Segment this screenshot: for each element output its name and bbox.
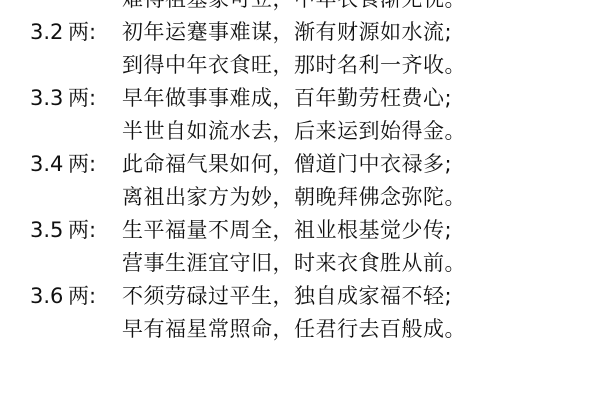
verse-text: 不须劳碌过平生，独自成家福不轻; bbox=[122, 280, 452, 313]
weight-number: 3.3 bbox=[30, 82, 63, 115]
verse-text: 难得祖基家可立，中年衣食渐无忧。 bbox=[122, 0, 466, 16]
verse-line: 难得祖基家可立，中年衣食渐无忧。 bbox=[0, 0, 600, 16]
weight-unit: 两: bbox=[68, 82, 96, 115]
verse-text: 早年做事事难成，百年勤劳枉费心; bbox=[122, 82, 452, 115]
weight-number: 3.2 bbox=[30, 16, 63, 49]
verse-line: 3.6 两: 不须劳碌过平生，独自成家福不轻; bbox=[0, 280, 600, 313]
verse-text: 初年运蹇事难谋，渐有财源如水流; bbox=[122, 16, 452, 49]
verse-line: 3.5 两: 生平福量不周全，祖业根基觉少传; bbox=[0, 214, 600, 247]
verse-line: 营事生涯宜守旧，时来衣食胜从前。 bbox=[0, 247, 600, 280]
weight-unit: 两: bbox=[68, 16, 96, 49]
verse-text: 早有福星常照命，任君行去百般成。 bbox=[122, 313, 466, 346]
weight-number: 3.6 bbox=[30, 280, 63, 313]
verse-line: 3.4 两: 此命福气果如何，僧道门中衣禄多; bbox=[0, 148, 600, 181]
document-body: 难得祖基家可立，中年衣食渐无忧。 3.2 两: 初年运蹇事难谋，渐有财源如水流;… bbox=[0, 0, 600, 346]
verse-text: 此命福气果如何，僧道门中衣禄多; bbox=[122, 148, 452, 181]
verse-text: 生平福量不周全，祖业根基觉少传; bbox=[122, 214, 452, 247]
verse-line: 到得中年衣食旺，那时名利一齐收。 bbox=[0, 49, 600, 82]
verse-line: 离祖出家方为妙，朝晚拜佛念弥陀。 bbox=[0, 181, 600, 214]
weight-unit: 两: bbox=[68, 214, 96, 247]
verse-line: 3.3 两: 早年做事事难成，百年勤劳枉费心; bbox=[0, 82, 600, 115]
verse-text: 营事生涯宜守旧，时来衣食胜从前。 bbox=[122, 247, 466, 280]
verse-line: 早有福星常照命，任君行去百般成。 bbox=[0, 313, 600, 346]
verse-text: 到得中年衣食旺，那时名利一齐收。 bbox=[122, 49, 466, 82]
weight-unit: 两: bbox=[68, 148, 96, 181]
verse-text: 离祖出家方为妙，朝晚拜佛念弥陀。 bbox=[122, 181, 466, 214]
verse-text: 半世自如流水去，后来运到始得金。 bbox=[122, 115, 466, 148]
weight-number: 3.4 bbox=[30, 148, 63, 181]
verse-line: 半世自如流水去，后来运到始得金。 bbox=[0, 115, 600, 148]
weight-unit: 两: bbox=[68, 280, 96, 313]
weight-number: 3.5 bbox=[30, 214, 63, 247]
verse-line: 3.2 两: 初年运蹇事难谋，渐有财源如水流; bbox=[0, 16, 600, 49]
